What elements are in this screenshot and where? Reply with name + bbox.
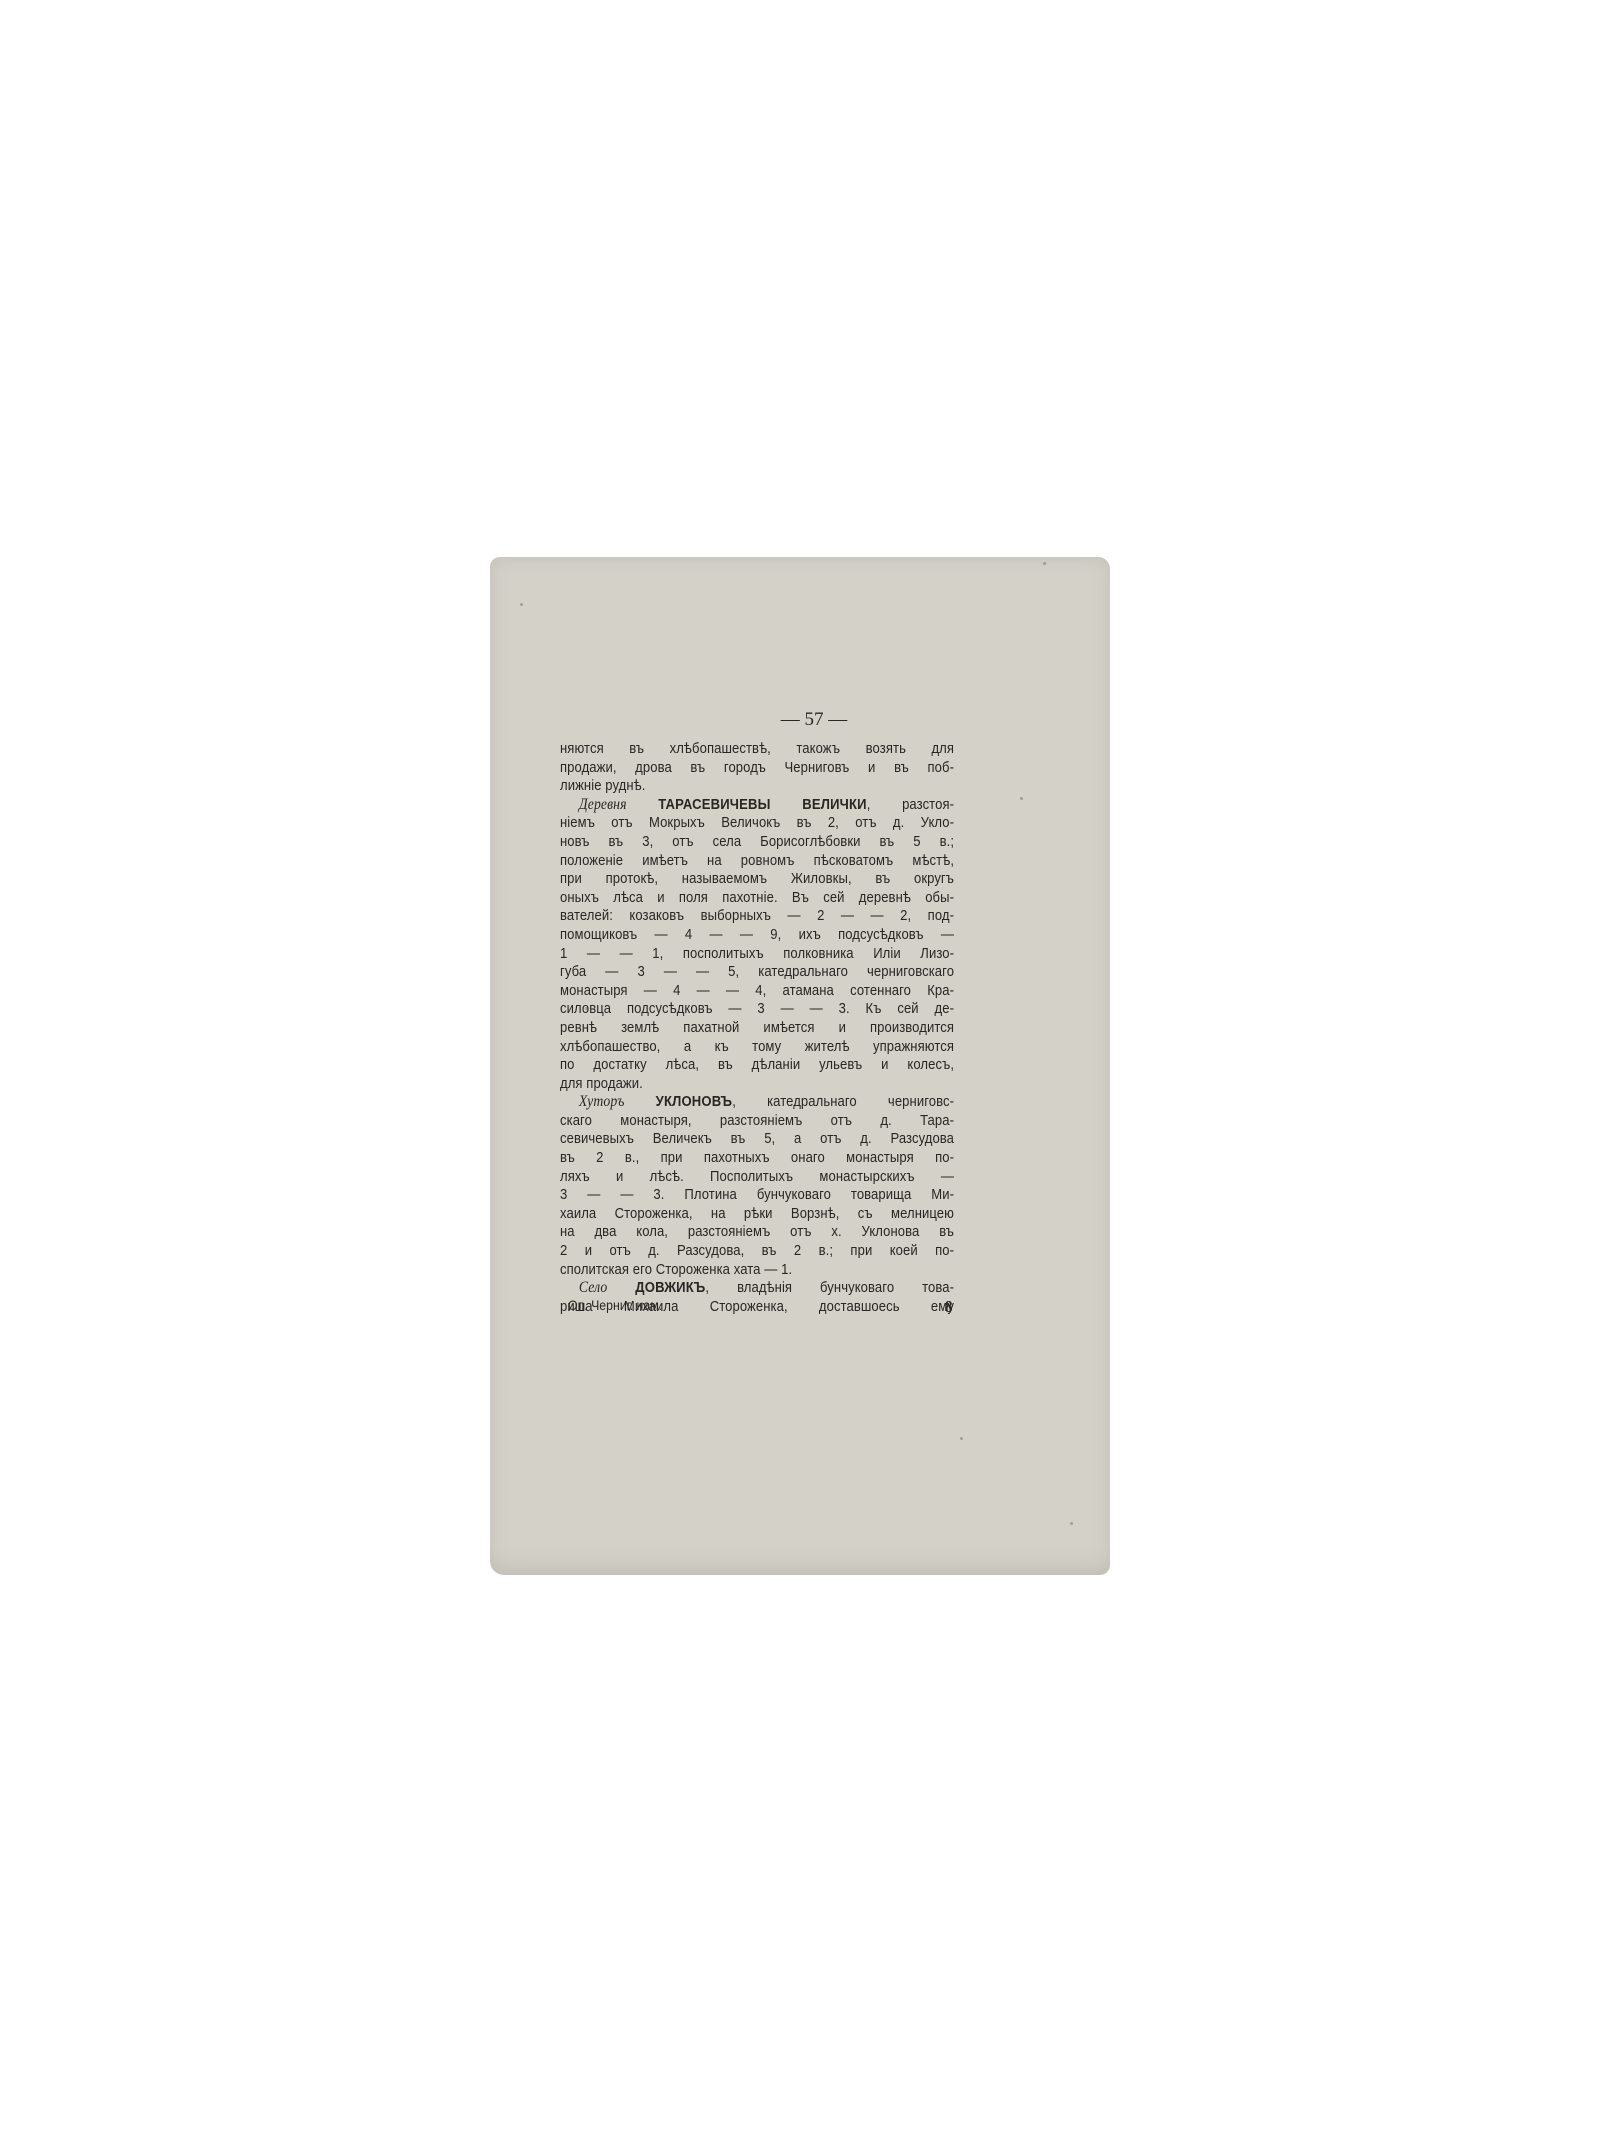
text-line: вателей: козаковъ выборныхъ — 2 — — 2, п… — [560, 907, 954, 926]
text-line: силовца подсусѣдковъ — 3 — — 3. Къ сей д… — [560, 1000, 954, 1019]
text-line: продажи, дрова въ городъ Черниговъ и въ … — [560, 759, 954, 778]
place-type: Деревня — [579, 796, 627, 813]
text-line: губа — 3 — — 5, катедральнаго черниговск… — [560, 963, 954, 982]
text-line: 2 и отъ д. Разсудова, въ 2 в.; при коей … — [560, 1242, 954, 1261]
paper-speck — [1070, 1522, 1073, 1525]
text-line: для продажи. — [560, 1075, 954, 1094]
text-line: оныхъ лѣса и поля пахотніе. Въ сей дерев… — [560, 889, 954, 908]
body-text: няются въ хлѣбопашествѣ, також­ъ возять … — [560, 740, 955, 1316]
text-line: при протокѣ, называемомъ Жиловкы, въ окр… — [560, 870, 954, 889]
text-line: сполитская его Стороженка хата — 1. — [560, 1261, 954, 1280]
text-line: 1 — — 1, посполитыхъ полковника Иліи Лиз… — [560, 945, 954, 964]
place-name: ТАРАСЕВИЧЕВЫ ВЕЛИЧКИ — [658, 796, 867, 813]
text-line: скаго монастыря, разстояніемъ отъ д. Тар… — [560, 1112, 954, 1131]
text-line: хаила Стороженка, на рѣки Ворзнѣ, съ мел… — [560, 1205, 954, 1224]
place-type: Хуторъ — [579, 1093, 625, 1110]
book-page: — 57 — няются въ хлѣбопашествѣ, також­ъ … — [490, 557, 1110, 1575]
text-fragment: , владѣнія бунчуковаго това- — [705, 1279, 954, 1296]
page-number: — 57 — — [490, 709, 1110, 731]
paper-speck — [960, 1437, 963, 1440]
text-line: хлѣбопашество, а къ тому жителѣ упражняю… — [560, 1038, 954, 1057]
text-line: новъ въ 3, отъ села Борисоглѣбовки въ 5 … — [560, 833, 954, 852]
place-name: УКЛОНОВЪ — [656, 1093, 733, 1110]
text-line: севичевыхъ Величекъ въ 5, а отъ д. Разсу… — [560, 1130, 954, 1149]
text-line: лижніе руднѣ. — [560, 777, 954, 796]
footer-abbreviation: Оп. Черниг. нам. — [568, 1297, 662, 1317]
text-fragment: , катедральнаго черниговс- — [732, 1093, 954, 1110]
page-footer: Оп. Черниг. нам. 8 — [568, 1297, 953, 1317]
text-line: помощиковъ — 4 — — 9, ихъ подсусѣдковъ — — [560, 926, 954, 945]
text-line: по достатку лѣса, въ дѣланіи ульевъ и ко… — [560, 1056, 954, 1075]
paper-speck — [1020, 797, 1023, 800]
text-line: 3 — — 3. Плотина бунчуковаго товарища Ми… — [560, 1186, 954, 1205]
text-line: въ 2 в., при пахотныхъ онаго монастыря п… — [560, 1149, 954, 1168]
text-fragment: , разстоя- — [867, 796, 954, 813]
place-type: Село — [579, 1279, 607, 1296]
paragraph-heading-line: Хуторъ УКЛОНОВЪ, катедральнаго черниговс… — [560, 1093, 954, 1112]
text-line: положеніе имѣетъ на ровномъ пѣсковатомъ … — [560, 852, 954, 871]
text-line: няются въ хлѣбопашествѣ, також­ъ возять … — [560, 740, 954, 759]
text-line: на два кола, разстояніемъ отъ х. Уклонов… — [560, 1223, 954, 1242]
text-line: монастыря — 4 — — 4, атамана сотеннаго К… — [560, 982, 954, 1001]
paragraph-heading-line: Село ДОВЖИКЪ, владѣнія бунчуковаго това- — [560, 1279, 954, 1298]
paper-speck — [520, 603, 523, 606]
place-name: ДОВЖИКЪ — [635, 1279, 705, 1296]
signature-mark: 8 — [945, 1297, 952, 1317]
text-line: ляхъ и лѣсѣ. Посполитыхъ монастырскихъ — — [560, 1168, 954, 1187]
text-line: ревнѣ землѣ пахатной имѣется и производи… — [560, 1019, 954, 1038]
text-line: ніемъ отъ Мокрыхъ Величокъ въ 2, отъ д. … — [560, 814, 954, 833]
paper-speck — [1043, 562, 1046, 565]
paragraph-heading-line: Деревня ТАРАСЕВИЧЕВЫ ВЕЛИЧКИ, разстоя- — [560, 796, 954, 815]
